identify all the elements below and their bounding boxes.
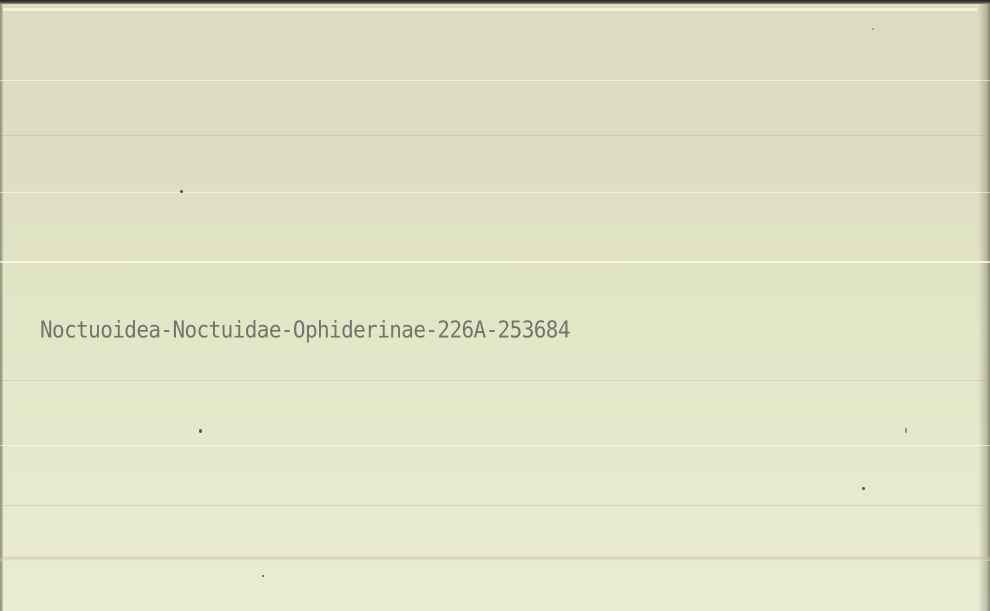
paper-texture-line xyxy=(0,135,990,136)
card-right-edge xyxy=(978,4,990,611)
paper-speck xyxy=(180,190,183,193)
card-left-edge xyxy=(0,4,3,611)
card-top-edge xyxy=(2,8,977,11)
paper-crease-line xyxy=(0,261,990,263)
paper-speck xyxy=(872,28,874,30)
paper-speck xyxy=(862,487,865,490)
paper-speck xyxy=(262,575,264,577)
card-top-shadow xyxy=(0,0,990,4)
card-fold-line xyxy=(0,556,990,561)
index-card: Noctuoidea-Noctuidae-Ophiderinae-226A-25… xyxy=(0,0,990,611)
paper-texture-line xyxy=(0,380,990,381)
paper-speck xyxy=(905,428,907,433)
paper-texture-line xyxy=(0,80,990,81)
paper-speck xyxy=(199,429,202,433)
paper-texture-line xyxy=(0,192,990,193)
specimen-label: Noctuoidea-Noctuidae-Ophiderinae-226A-25… xyxy=(40,316,570,343)
paper-texture-line xyxy=(0,505,990,506)
paper-texture-line xyxy=(0,445,990,446)
